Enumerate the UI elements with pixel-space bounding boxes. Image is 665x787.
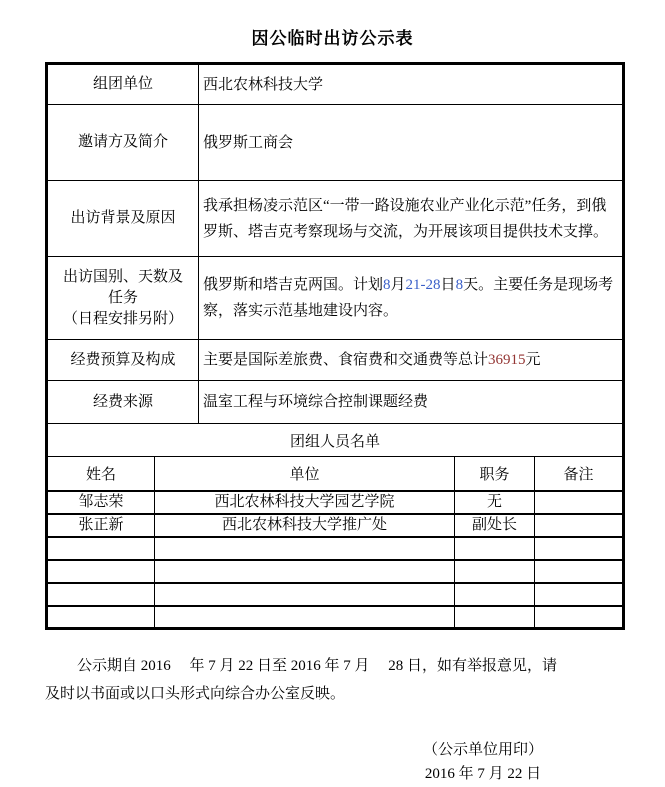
roster-cell-name: 张正新 xyxy=(47,514,155,537)
roster-cell-position: 副处长 xyxy=(455,514,535,537)
form-row-inviter: 邀请方及简介 俄罗斯工商会 xyxy=(47,105,624,181)
notice-form-table: 组团单位 西北农林科技大学 邀请方及简介 俄罗斯工商会 出访背景及原因 我承担杨… xyxy=(45,62,625,630)
roster-cell-notes xyxy=(535,560,624,583)
roster-cell-unit xyxy=(155,606,455,629)
roster-cell-unit: 西北农林科技大学园艺学院 xyxy=(155,491,455,514)
roster-cell-name xyxy=(47,537,155,560)
field-value-funding: 温室工程与环境综合控制课题经费 xyxy=(199,381,624,424)
roster-cell-position xyxy=(455,560,535,583)
trip-text-3: 日 xyxy=(441,277,456,293)
footer-note-line2: 及时以书面或以口头形式向综合办公室反映。 xyxy=(45,680,620,708)
roster-header-row: 姓名 单位 职务 备注 xyxy=(47,457,624,491)
roster-cell-position: 无 xyxy=(455,491,535,514)
roster-cell-unit xyxy=(155,537,455,560)
trip-text-2: 月 xyxy=(391,277,406,293)
field-value-budget: 主要是国际差旅费、食宿费和交通费等总计36915元 xyxy=(199,340,624,381)
roster-cell-notes xyxy=(535,583,624,606)
roster-row-1: 邹志荣 西北农林科技大学园艺学院 无 xyxy=(47,491,624,514)
field-value-background: 我承担杨凌示范区“一带一路设施农业产业化示范”任务，到俄罗斯、塔吉克考察现场与交… xyxy=(199,181,624,257)
trip-number-month: 8 xyxy=(383,277,391,293)
footer-note: 公示期自 2016 年 7 月 22 日至 2016 年 7 月 28 日，如有… xyxy=(45,652,620,708)
roster-cell-position xyxy=(455,537,535,560)
roster-row-5 xyxy=(47,583,624,606)
roster-row-3 xyxy=(47,537,624,560)
field-label-trip-line2: 任务 xyxy=(54,288,192,309)
footer-note-line1: 公示期自 2016 年 7 月 22 日至 2016 年 7 月 28 日，如有… xyxy=(45,652,620,680)
field-label-background: 出访背景及原因 xyxy=(47,181,199,257)
roster-cell-unit: 西北农林科技大学推广处 xyxy=(155,514,455,537)
field-value-trip: 俄罗斯和塔吉克两国。计划8月21-28日8天。主要任务是现场考察，落实示范基地建… xyxy=(199,257,624,340)
seal-stamp-note: （公示单位用印） xyxy=(383,738,583,762)
roster-cell-notes xyxy=(535,491,624,514)
seal-date: 2016 年 7 月 22 日 xyxy=(383,762,583,786)
roster-cell-notes xyxy=(535,537,624,560)
trip-text-1: 俄罗斯和塔吉克两国。计划 xyxy=(203,277,383,293)
field-label-trip-line1: 出访国别、天数及 xyxy=(54,267,192,288)
roster-cell-name xyxy=(47,606,155,629)
roster-header-unit: 单位 xyxy=(155,457,455,491)
roster-cell-name: 邹志荣 xyxy=(47,491,155,514)
field-label-funding: 经费来源 xyxy=(47,381,199,424)
field-label-budget: 经费预算及构成 xyxy=(47,340,199,381)
field-value-inviter: 俄罗斯工商会 xyxy=(199,105,624,181)
budget-amount-number: 36915 xyxy=(488,352,526,368)
form-row-background: 出访背景及原因 我承担杨凌示范区“一带一路设施农业产业化示范”任务，到俄罗斯、塔… xyxy=(47,181,624,257)
field-value-group-unit: 西北农林科技大学 xyxy=(199,64,624,105)
form-row-group-unit: 组团单位 西北农林科技大学 xyxy=(47,64,624,105)
roster-header-name: 姓名 xyxy=(47,457,155,491)
budget-text-2: 元 xyxy=(526,352,541,368)
roster-row-6 xyxy=(47,606,624,629)
seal-block: （公示单位用印） 2016 年 7 月 22 日 xyxy=(383,738,583,786)
roster-cell-name xyxy=(47,583,155,606)
field-label-trip-line3: （日程安排另附） xyxy=(54,309,192,330)
roster-row-4 xyxy=(47,560,624,583)
form-row-funding: 经费来源 温室工程与环境综合控制课题经费 xyxy=(47,381,624,424)
roster-cell-notes xyxy=(535,514,624,537)
field-label-group-unit: 组团单位 xyxy=(47,64,199,105)
roster-section-row: 团组人员名单 xyxy=(47,424,624,457)
roster-header-position: 职务 xyxy=(455,457,535,491)
field-label-trip: 出访国别、天数及 任务 （日程安排另附） xyxy=(47,257,199,340)
trip-number-day-count: 8 xyxy=(456,277,464,293)
field-label-inviter: 邀请方及简介 xyxy=(47,105,199,181)
roster-cell-position xyxy=(455,583,535,606)
roster-cell-unit xyxy=(155,560,455,583)
trip-number-days-range: 21-28 xyxy=(406,277,441,293)
roster-cell-unit xyxy=(155,583,455,606)
roster-cell-name xyxy=(47,560,155,583)
roster-cell-notes xyxy=(535,606,624,629)
roster-row-2: 张正新 西北农林科技大学推广处 副处长 xyxy=(47,514,624,537)
roster-cell-position xyxy=(455,606,535,629)
roster-section-title: 团组人员名单 xyxy=(47,424,624,457)
form-row-trip: 出访国别、天数及 任务 （日程安排另附） 俄罗斯和塔吉克两国。计划8月21-28… xyxy=(47,257,624,340)
page-title: 因公临时出访公示表 xyxy=(0,24,665,49)
form-row-budget: 经费预算及构成 主要是国际差旅费、食宿费和交通费等总计36915元 xyxy=(47,340,624,381)
budget-text-1: 主要是国际差旅费、食宿费和交通费等总计 xyxy=(203,352,488,368)
roster-header-notes: 备注 xyxy=(535,457,624,491)
